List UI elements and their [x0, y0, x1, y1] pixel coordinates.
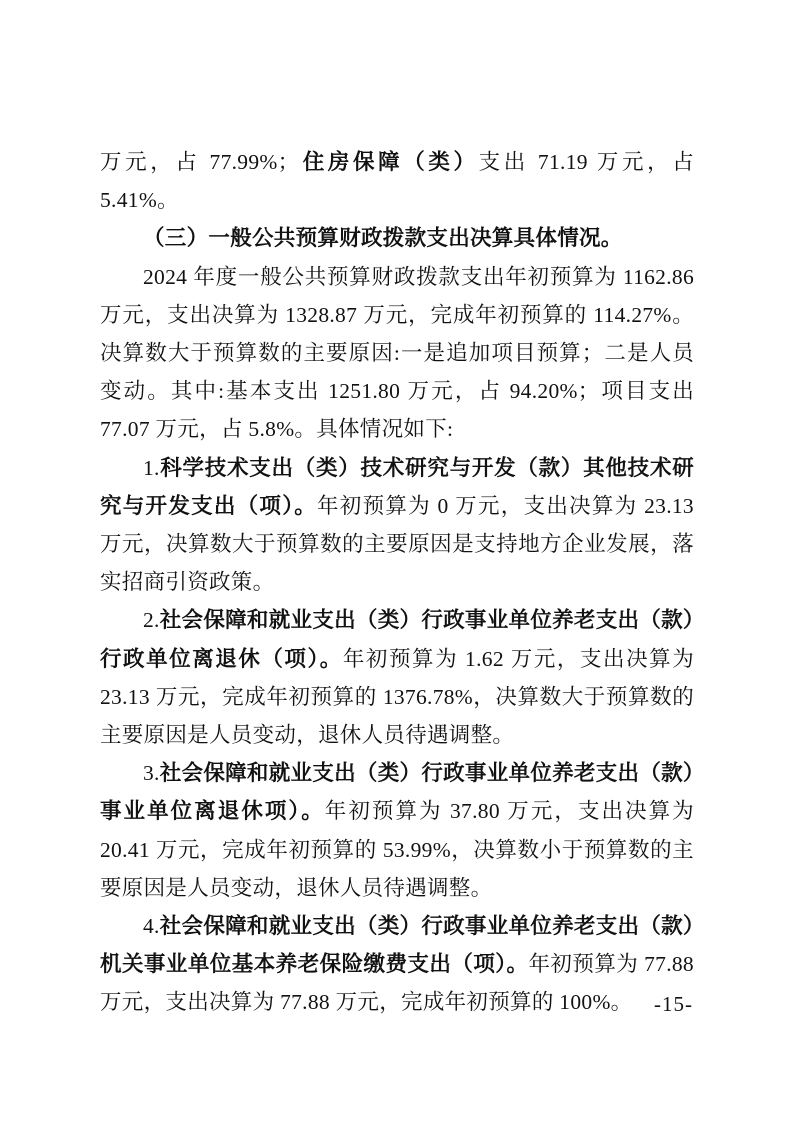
- text-segment: 万元，占 77.99%；: [100, 150, 299, 174]
- item-number: 2.: [143, 608, 160, 632]
- paragraph-intro: 2024 年度一般公共预算财政拨款支出年初预算为 1162.86 万元，支出决算…: [100, 258, 694, 449]
- document-page: 万元，占 77.99%；住房保障（类）支出 71.19 万元，占 5.41%。 …: [0, 0, 793, 1122]
- document-body: 万元，占 77.99%；住房保障（类）支出 71.19 万元，占 5.41%。 …: [100, 143, 694, 1022]
- text-segment-bold: 住房保障（类）: [299, 150, 478, 174]
- item-number: 1.: [143, 456, 160, 480]
- paragraph-item-2: 2.社会保障和就业支出（类）行政事业单位养老支出（款）行政单位离退休（项）。年初…: [100, 601, 694, 754]
- paragraph-item-4: 4.社会保障和就业支出（类）行政事业单位养老支出（款）机关事业单位基本养老保险缴…: [100, 907, 694, 1022]
- paragraph-item-1: 1.科学技术支出（类）技术研究与开发（款）其他技术研究与开发支出（项）。年初预算…: [100, 449, 694, 602]
- item-number: 4.: [143, 914, 160, 938]
- item-number: 3.: [143, 761, 160, 785]
- page-number: -15-: [654, 992, 693, 1017]
- section-heading: （三）一般公共预算财政拨款支出决算具体情况。: [100, 219, 694, 257]
- paragraph-item-3: 3.社会保障和就业支出（类）行政事业单位养老支出（款）事业单位离退休项）。年初预…: [100, 754, 694, 907]
- paragraph-continuation: 万元，占 77.99%；住房保障（类）支出 71.19 万元，占 5.41%。: [100, 143, 694, 219]
